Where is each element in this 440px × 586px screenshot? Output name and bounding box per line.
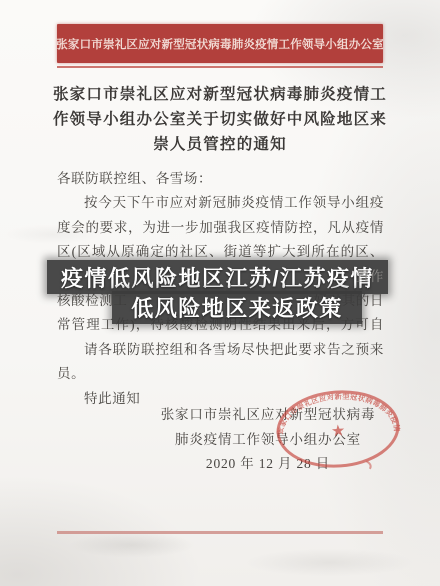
document-photo: 张家口市崇礼区应对新型冠状病毒肺炎疫情工作领导小组办公室 张家口市崇礼区应对新型… (0, 0, 440, 586)
letterhead-banner-text: 张家口市崇礼区应对新型冠状病毒肺炎疫情工作领导小组办公室 (56, 36, 384, 52)
seal-star-icon: ★ (330, 423, 345, 441)
letterhead-banner: 张家口市崇礼区应对新型冠状病毒肺炎疫情工作领导小组办公室 (57, 24, 383, 63)
notice-title: 张家口市崇礼区应对新型冠状病毒肺炎疫情工 作领导小组办公室关于切实做好中风险地区… (38, 82, 402, 157)
caption-text-2: 低风险地区来返政策 (131, 292, 343, 323)
footer-rule (57, 531, 383, 534)
covered-text-fragment: 置作 (356, 265, 384, 289)
notice-title-line-2: 作领导小组办公室关于切实做好中风险地区来 (38, 107, 402, 132)
body-line: 按今天下午市应对新冠肺炎疫情工作领导小组疫情调 (57, 191, 384, 215)
official-seal: 张家口市崇礼区应对新型冠状病毒肺炎疫情工作领导小组办公室 ★ (265, 378, 411, 480)
body-line: 度会的要求，为进一步加强我区疫情防控，凡从疫情中风险 (57, 216, 384, 240)
notice-title-line-1: 张家口市崇礼区应对新型冠状病毒肺炎疫情工 (38, 82, 402, 107)
letterhead-rule (57, 66, 383, 68)
body-line: 请各联防联控组和各雪场尽快把此要求告之预来崇人 (57, 338, 384, 362)
caption-text-1: 疫情低风险地区江苏/江苏疫情 (61, 262, 374, 293)
notice-title-line-3: 崇人员管控的通知 (38, 132, 402, 157)
caption-overlay-line-2: 低风险地区来返政策 (112, 291, 362, 324)
seal-smudge (366, 461, 371, 469)
salutation: 各联防联控组、各雪场： (57, 167, 384, 191)
caption-overlay-line-1: 疫情低风险地区江苏/江苏疫情 (47, 260, 388, 294)
